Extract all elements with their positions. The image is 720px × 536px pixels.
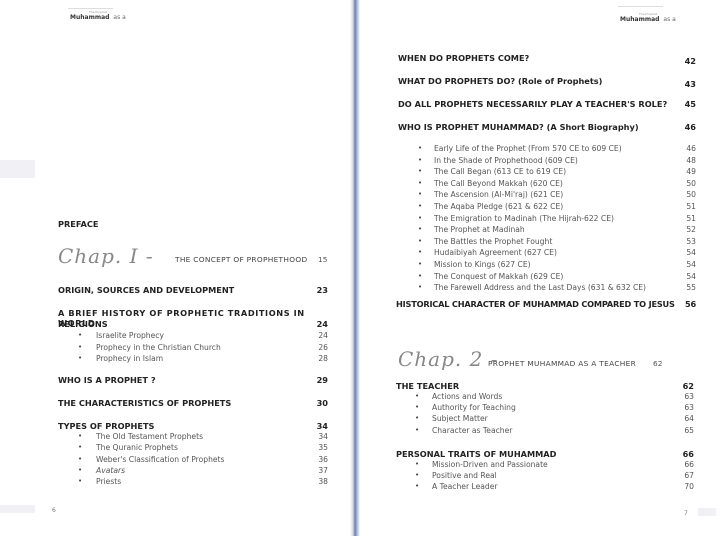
toc-subentry-title: Early Life of the Prophet (From 570 CE t… xyxy=(434,144,622,153)
toc-subentry-page: 64 xyxy=(684,414,694,423)
toc-subentry[interactable]: The Emigration to Madinah (The Hijrah-62… xyxy=(434,214,696,223)
bullet-icon: • xyxy=(415,392,419,400)
running-head-right: The Prophet Muhammadas a xyxy=(620,12,676,32)
toc-subentry-title: Prophecy in the Christian Church xyxy=(96,343,221,352)
toc-entry-title: TYPES OF PROPHETS xyxy=(58,421,154,431)
toc-subentry[interactable]: Positive and Real67 xyxy=(432,471,694,480)
toc-entry-page: 29 xyxy=(317,375,328,385)
toc-subentry-title: The Conquest of Makkah (629 CE) xyxy=(434,272,563,281)
bullet-icon: • xyxy=(418,179,422,187)
bullet-icon: • xyxy=(418,260,422,268)
bullet-icon: • xyxy=(415,482,419,490)
bullet-icon: • xyxy=(418,144,422,152)
toc-entry-page: 24 xyxy=(317,319,328,329)
toc-subentry-title: The Battles the Prophet Fought xyxy=(434,237,552,246)
toc-subentry-page: 34 xyxy=(318,432,328,441)
bullet-icon: • xyxy=(78,343,82,351)
toc-subentry-title: Mission-Driven and Passionate xyxy=(432,460,548,469)
toc-subentry-page: 46 xyxy=(686,144,696,153)
toc-subentry[interactable]: Mission to Kings (627 CE)54 xyxy=(434,260,696,269)
toc-entry-page: 62 xyxy=(683,381,694,391)
toc-entry-page: 43 xyxy=(685,79,696,89)
page-number-left: 6 xyxy=(52,507,56,514)
header-title: Muhammad xyxy=(70,14,109,21)
toc-entry-title: RELIGIONS xyxy=(58,319,108,329)
bullet-icon: • xyxy=(415,403,419,411)
bullet-icon: • xyxy=(418,237,422,245)
toc-subentry[interactable]: Authority for Teaching63 xyxy=(432,403,694,412)
toc-entry[interactable]: WHO IS A PROPHET ? 29 xyxy=(58,375,328,385)
toc-subentry[interactable]: The Conquest of Makkah (629 CE)54 xyxy=(434,272,696,281)
toc-subentry-page: 35 xyxy=(318,443,328,452)
toc-entry[interactable]: ORIGIN, SOURCES AND DEVELOPMENT 23 xyxy=(58,285,328,295)
toc-entry[interactable]: THE CHARACTERISTICS OF PROPHETS 30 xyxy=(58,398,328,408)
toc-subentry[interactable]: A Teacher Leader70 xyxy=(432,482,694,491)
toc-subentry[interactable]: The Ascension (Al-Mi'raj) (621 CE)50 xyxy=(434,190,696,199)
toc-entry-page: 45 xyxy=(685,99,696,109)
toc-subentry-page: 50 xyxy=(686,190,696,199)
toc-subentry[interactable]: The Quranic Prophets35 xyxy=(96,443,328,452)
toc-subentry-page: 54 xyxy=(686,248,696,257)
toc-subentry-page: 53 xyxy=(686,237,696,246)
toc-subentry-page: 37 xyxy=(318,466,328,475)
bullet-icon: • xyxy=(415,414,419,422)
toc-subentry[interactable]: Hudaibiyah Agreement (627 CE)54 xyxy=(434,248,696,257)
book-spine xyxy=(350,0,360,536)
page-number-right: 7 xyxy=(684,510,688,517)
toc-subentry-page: 54 xyxy=(686,272,696,281)
toc-subentry[interactable]: Prophecy in Islam28 xyxy=(96,354,328,363)
toc-subentry-page: 51 xyxy=(686,202,696,211)
chapter-1-label: Chap. I - xyxy=(58,244,154,268)
toc-subentry-page: 52 xyxy=(686,225,696,234)
toc-subentry-title: The Farewell Address and the Last Days (… xyxy=(434,283,646,292)
toc-subentry-page: 66 xyxy=(684,460,694,469)
toc-subentry-title: A Teacher Leader xyxy=(432,482,498,491)
toc-entry-page: 34 xyxy=(317,421,328,431)
toc-entry-title: DO ALL PROPHETS NECESSARILY PLAY A TEACH… xyxy=(398,99,667,109)
toc-subentry-page: 36 xyxy=(318,455,328,464)
toc-entry[interactable]: HISTORICAL CHARACTER OF MUHAMMAD COMPARE… xyxy=(396,299,696,309)
toc-entry-page: 66 xyxy=(683,449,694,459)
toc-subentry-title: Prophecy in Islam xyxy=(96,354,163,363)
toc-entry-page: 23 xyxy=(317,285,328,295)
toc-subentry[interactable]: Mission-Driven and Passionate66 xyxy=(432,460,694,469)
toc-subentry-title: Character as Teacher xyxy=(432,426,512,435)
toc-entry[interactable]: TYPES OF PROPHETS 34 xyxy=(58,421,328,431)
toc-subentry-page: 65 xyxy=(684,426,694,435)
toc-subentry-page: 55 xyxy=(686,283,696,292)
bullet-icon: • xyxy=(418,202,422,210)
toc-subentry-title: Weber's Classification of Prophets xyxy=(96,455,225,464)
toc-subentry[interactable]: Prophecy in the Christian Church26 xyxy=(96,343,328,352)
toc-subentry[interactable]: Weber's Classification of Prophets36 xyxy=(96,455,328,464)
toc-subentry[interactable]: In the Shade of Prophethood (609 CE)48 xyxy=(434,156,696,165)
toc-entry-title: PERSONAL TRAITS OF MUHAMMAD xyxy=(396,449,556,459)
toc-subentry[interactable]: The Battles the Prophet Fought53 xyxy=(434,237,696,246)
running-head-left: The Prophet Muhammadas a xyxy=(70,10,126,30)
bullet-icon: • xyxy=(78,432,82,440)
toc-entry-title: WHAT DO PROPHETS DO? (Role of Prophets) xyxy=(398,76,602,86)
toc-subentry-page: 24 xyxy=(318,331,328,340)
toc-entry[interactable]: WHEN DO PROPHETS COME? 42 xyxy=(398,53,696,63)
header-suffix: as a xyxy=(663,16,675,23)
bullet-icon: • xyxy=(418,248,422,256)
bullet-icon: • xyxy=(418,167,422,175)
toc-entry-title: WHEN DO PROPHETS COME? xyxy=(398,53,529,63)
toc-subentry-title: Israelite Prophecy xyxy=(96,331,164,340)
toc-subentry-page: 28 xyxy=(318,354,328,363)
bullet-icon: • xyxy=(78,354,82,362)
toc-subentry-title: Subject Matter xyxy=(432,414,488,423)
toc-subentry-title: Positive and Real xyxy=(432,471,497,480)
toc-subentry[interactable]: The Farewell Address and the Last Days (… xyxy=(434,283,696,292)
toc-subentry-title: The Quranic Prophets xyxy=(96,443,178,452)
toc-subentry-page: 63 xyxy=(684,392,694,401)
header-title: Muhammad xyxy=(620,16,659,23)
toc-subentry[interactable]: Avatars37 xyxy=(96,466,328,475)
chapter-2-page: 62 xyxy=(653,359,662,368)
toc-subentry-page: 38 xyxy=(318,477,328,486)
toc-entry-page: 46 xyxy=(685,122,696,132)
toc-entry[interactable]: WHAT DO PROPHETS DO? (Role of Prophets) … xyxy=(398,76,696,86)
bullet-icon: • xyxy=(415,471,419,479)
toc-entry[interactable]: THE TEACHER 62 xyxy=(396,381,694,391)
header-rule xyxy=(68,8,113,9)
bullet-icon: • xyxy=(418,190,422,198)
toc-subentry[interactable]: Character as Teacher65 xyxy=(432,426,694,435)
toc-subentry-page: 70 xyxy=(684,482,694,491)
toc-entry-title: WHO IS A PROPHET ? xyxy=(58,375,156,385)
chapter-2-title[interactable]: PROPHET MUHAMMAD AS A TEACHER xyxy=(488,359,636,368)
toc-subentry-page: 50 xyxy=(686,179,696,188)
toc-subentry[interactable]: The Old Testament Prophets34 xyxy=(96,432,328,441)
toc-subentry-title: Hudaibiyah Agreement (627 CE) xyxy=(434,248,557,257)
toc-subentry-page: 63 xyxy=(684,403,694,412)
chapter-1-page: 15 xyxy=(318,255,327,264)
toc-subentry[interactable]: Actions and Words63 xyxy=(432,392,694,401)
page-smudge xyxy=(0,505,35,513)
toc-subentry-title: Mission to Kings (627 CE) xyxy=(434,260,531,269)
toc-subentry-title: Authority for Teaching xyxy=(432,403,516,412)
toc-subentry-title: Priests xyxy=(96,477,121,486)
toc-preface[interactable]: PREFACE xyxy=(58,219,99,229)
toc-entry-title: THE CHARACTERISTICS OF PROPHETS xyxy=(58,398,231,408)
bullet-icon: • xyxy=(418,156,422,164)
bullet-icon: • xyxy=(78,443,82,451)
toc-entry-title: HISTORICAL CHARACTER OF MUHAMMAD COMPARE… xyxy=(396,299,675,309)
toc-entry-page: 30 xyxy=(317,398,328,408)
bullet-icon: • xyxy=(415,426,419,434)
bullet-icon: • xyxy=(415,460,419,468)
header-rule xyxy=(618,6,663,7)
chapter-1-title[interactable]: THE CONCEPT OF PROPHETHOOD xyxy=(175,255,307,264)
bullet-icon: • xyxy=(78,455,82,463)
toc-entry[interactable]: WHO IS PROPHET MUHAMMAD? (A Short Biogra… xyxy=(398,122,696,132)
toc-subentry-page: 49 xyxy=(686,167,696,176)
toc-subentry-title: The Ascension (Al-Mi'raj) (621 CE) xyxy=(434,190,563,199)
chapter-2-label: Chap. 2 - xyxy=(398,347,498,371)
toc-subentry[interactable]: The Prophet at Madinah52 xyxy=(434,225,696,234)
toc-subentry-title: In the Shade of Prophethood (609 CE) xyxy=(434,156,578,165)
toc-subentry-title: Actions and Words xyxy=(432,392,502,401)
toc-subentry-title: The Aqaba Pledge (621 & 622 CE) xyxy=(434,202,563,211)
bullet-icon: • xyxy=(78,477,82,485)
toc-subentry[interactable]: Israelite Prophecy24 xyxy=(96,331,328,340)
toc-subentry-page: 48 xyxy=(686,156,696,165)
bullet-icon: • xyxy=(418,283,422,291)
page-smudge xyxy=(0,160,35,178)
bullet-icon: • xyxy=(418,272,422,280)
toc-entry-page: 56 xyxy=(685,299,696,309)
toc-entry-title: WHO IS PROPHET MUHAMMAD? (A Short Biogra… xyxy=(398,122,639,132)
toc-subentry-title: The Prophet at Madinah xyxy=(434,225,525,234)
toc-entry[interactable]: PERSONAL TRAITS OF MUHAMMAD 66 xyxy=(396,449,694,459)
toc-subentry[interactable]: Early Life of the Prophet (From 570 CE t… xyxy=(434,144,696,153)
toc-subentry[interactable]: The Aqaba Pledge (621 & 622 CE)51 xyxy=(434,202,696,211)
toc-subentry[interactable]: Subject Matter64 xyxy=(432,414,694,423)
toc-entry[interactable]: DO ALL PROPHETS NECESSARILY PLAY A TEACH… xyxy=(398,99,696,109)
toc-subentry-title: The Emigration to Madinah (The Hijrah-62… xyxy=(434,214,614,223)
toc-subentry[interactable]: The Call Began (613 CE to 619 CE)49 xyxy=(434,167,696,176)
header-suffix: as a xyxy=(113,14,125,21)
toc-subentry[interactable]: The Call Beyond Makkah (620 CE)50 xyxy=(434,179,696,188)
bullet-icon: • xyxy=(418,214,422,222)
toc-subentry-title: Avatars xyxy=(96,466,125,475)
bullet-icon: • xyxy=(78,466,82,474)
toc-subentry-page: 67 xyxy=(684,471,694,480)
toc-subentry-title: The Old Testament Prophets xyxy=(96,432,203,441)
toc-entry[interactable]: RELIGIONS 24 xyxy=(58,319,328,329)
toc-entry-page: 42 xyxy=(685,56,696,66)
toc-entry-title: THE TEACHER xyxy=(396,381,459,391)
toc-subentry-title: The Call Beyond Makkah (620 CE) xyxy=(434,179,563,188)
page-smudge xyxy=(698,508,716,516)
bullet-icon: • xyxy=(78,331,82,339)
bullet-icon: • xyxy=(418,225,422,233)
toc-entry-title: ORIGIN, SOURCES AND DEVELOPMENT xyxy=(58,285,234,295)
toc-subentry-page: 54 xyxy=(686,260,696,269)
toc-subentry-page: 26 xyxy=(318,343,328,352)
toc-subentry[interactable]: Priests38 xyxy=(96,477,328,486)
toc-subentry-page: 51 xyxy=(686,214,696,223)
toc-subentry-title: The Call Began (613 CE to 619 CE) xyxy=(434,167,566,176)
